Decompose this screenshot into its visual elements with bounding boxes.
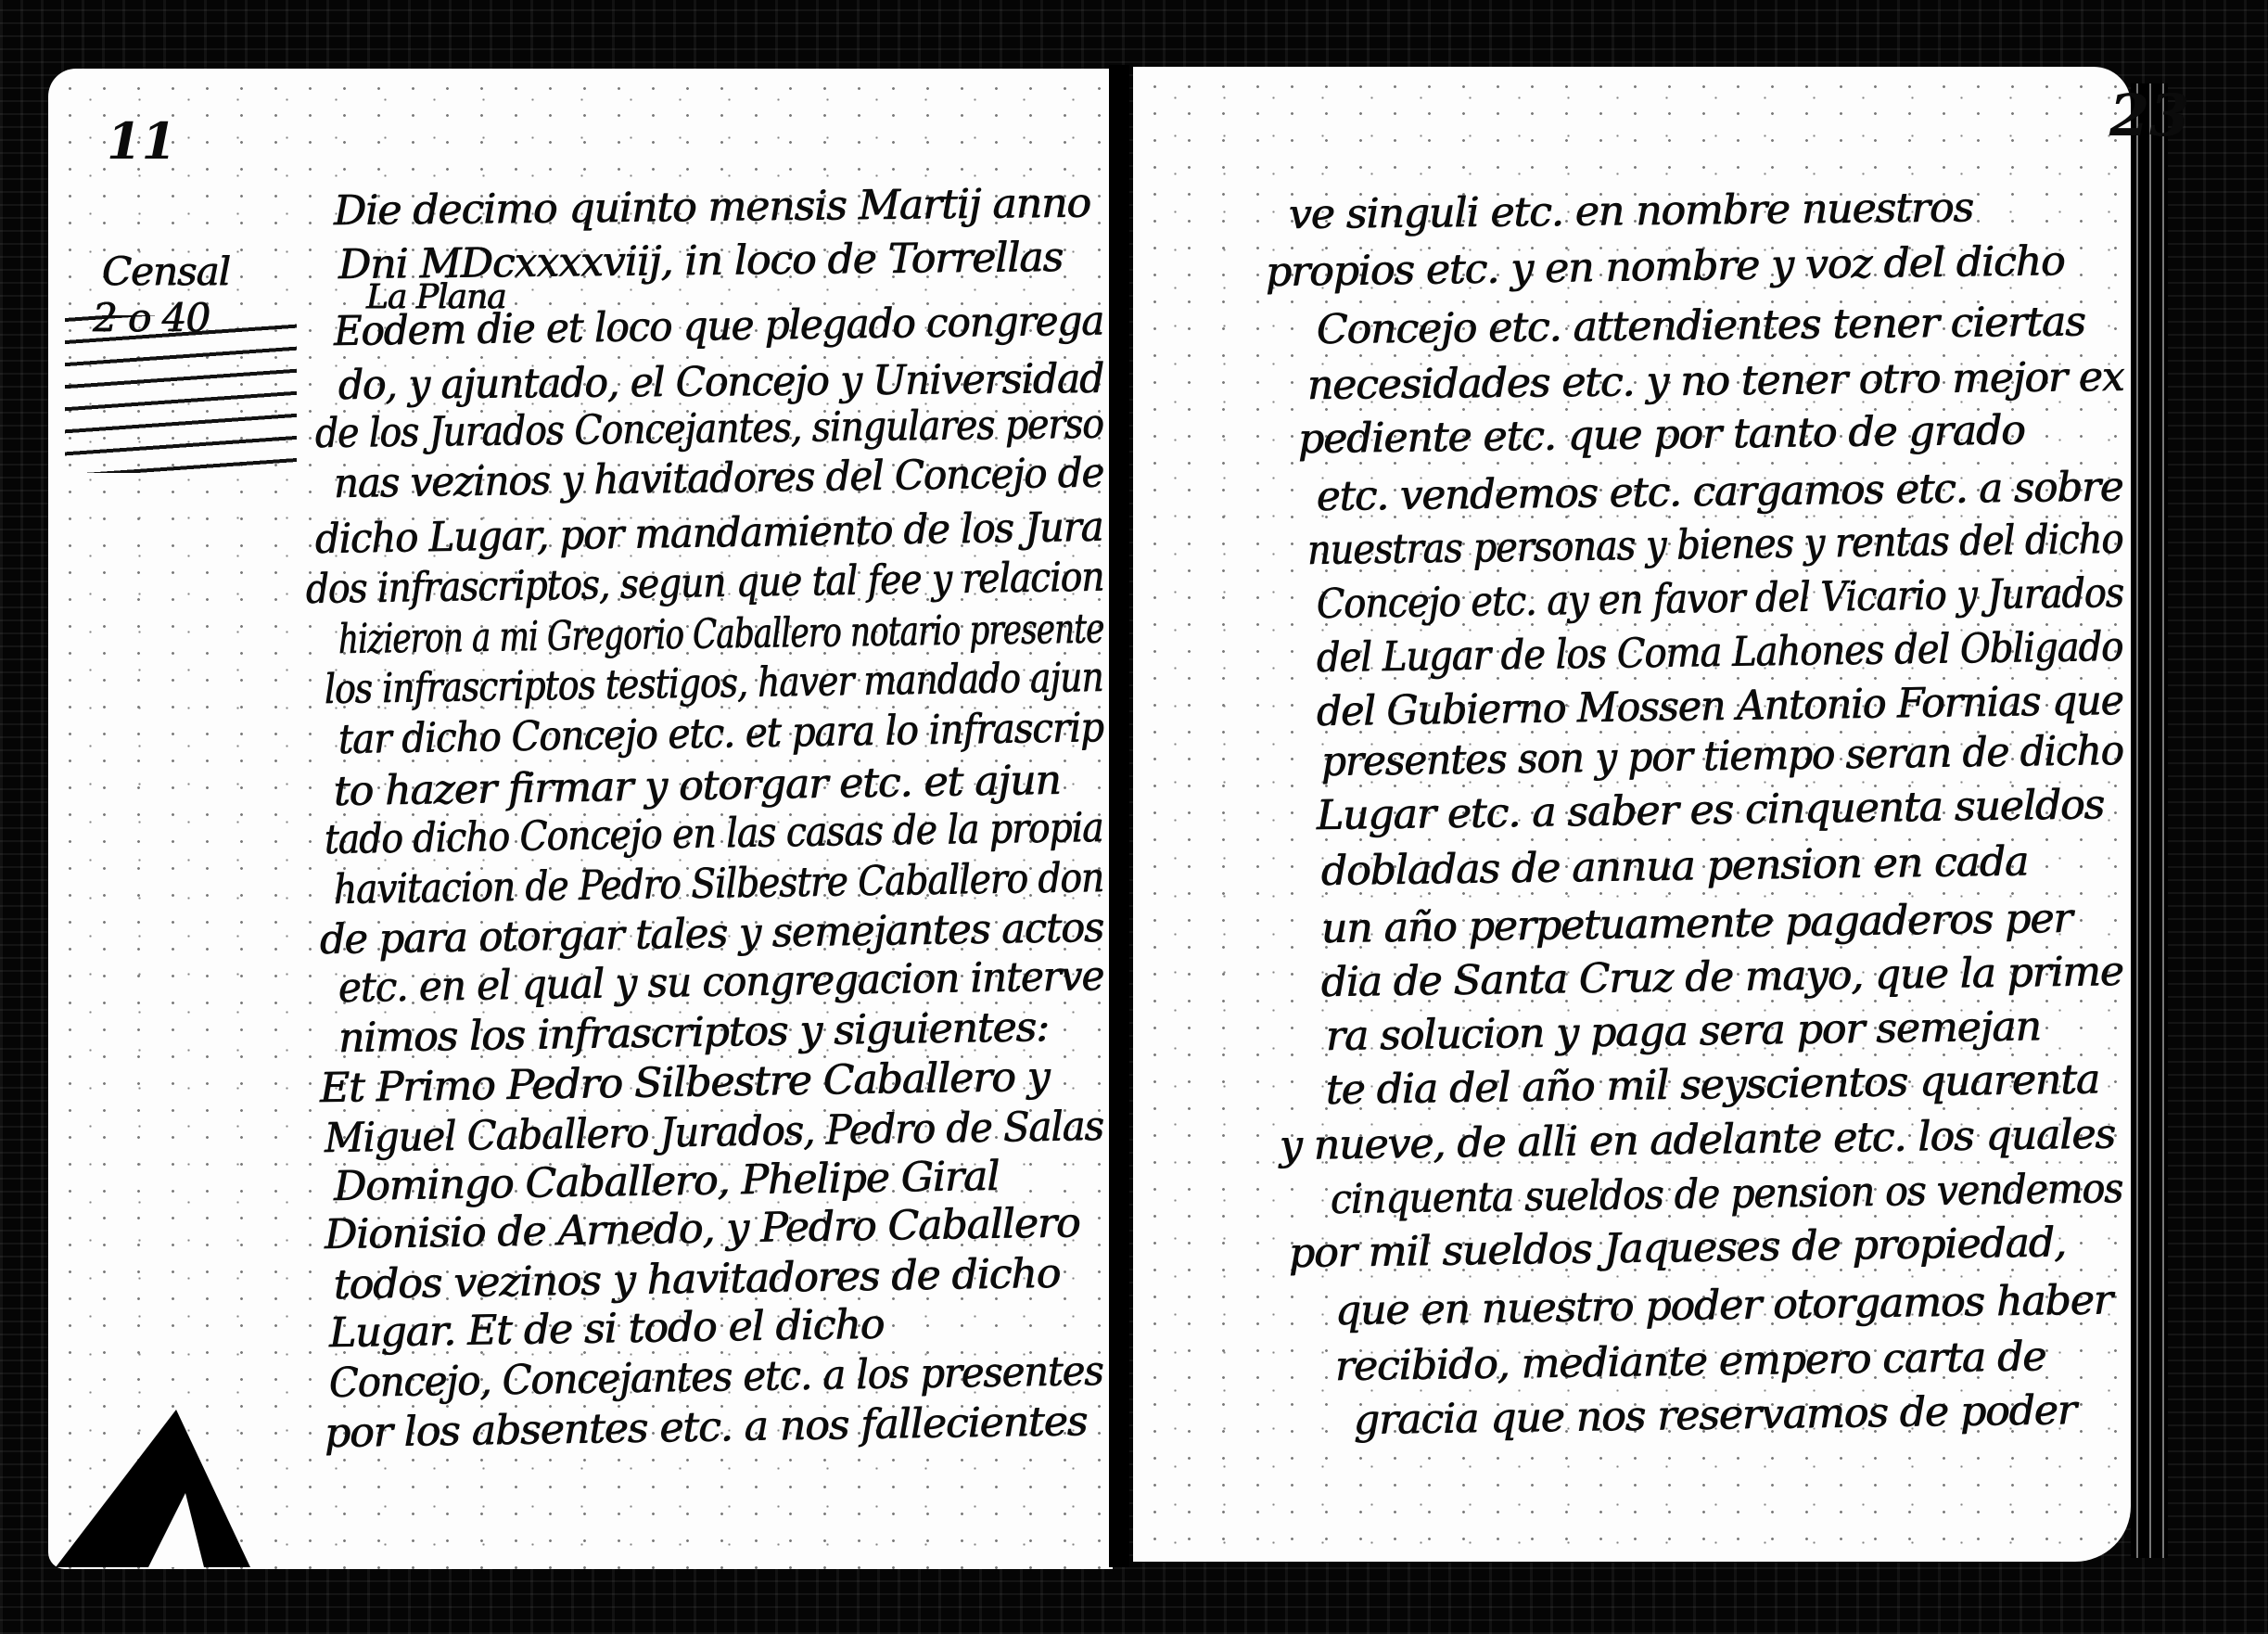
manuscript-line: gracia que nos reservamos de poder — [1354, 1386, 2077, 1444]
manuscript-line: etc. vendemos etc. cargamos etc. a sobre — [1317, 463, 2123, 520]
manuscript-line: pediente etc. que por tanto de grado — [1298, 406, 2025, 463]
manuscript-line: ve singuli etc. en nombre nuestros — [1289, 184, 1974, 238]
manuscript-line: recibido, mediante empero carta de — [1335, 1333, 2046, 1390]
manuscript-line: necesidades etc. y no tener otro mejor e… — [1307, 353, 2124, 409]
folio-number-left: 11 — [107, 111, 176, 171]
margin-note: 2 o 40 — [93, 295, 210, 340]
manuscript-line: de los Jurados Concejantes, singulares p… — [315, 401, 1104, 457]
manuscript-line: Die decimo quinto mensis Martij anno — [334, 179, 1090, 235]
margin-note: Censal — [102, 249, 230, 294]
manuscript-line: Concejo etc. attendientes tener ciertas — [1317, 298, 2085, 353]
manuscript-line: Lugar. Et de si todo el dicho — [329, 1301, 885, 1357]
corner-shadow-hole — [148, 1493, 204, 1567]
book-gutter — [1109, 65, 1129, 1567]
page-edge-stack — [2131, 83, 2168, 1558]
folio-number-right: 23 — [2109, 82, 2189, 149]
manuscript-line: ra solucion y paga sera por semejan — [1326, 1002, 2042, 1060]
manuscript-line: dobladas de annua pension en cada — [1321, 837, 2029, 895]
